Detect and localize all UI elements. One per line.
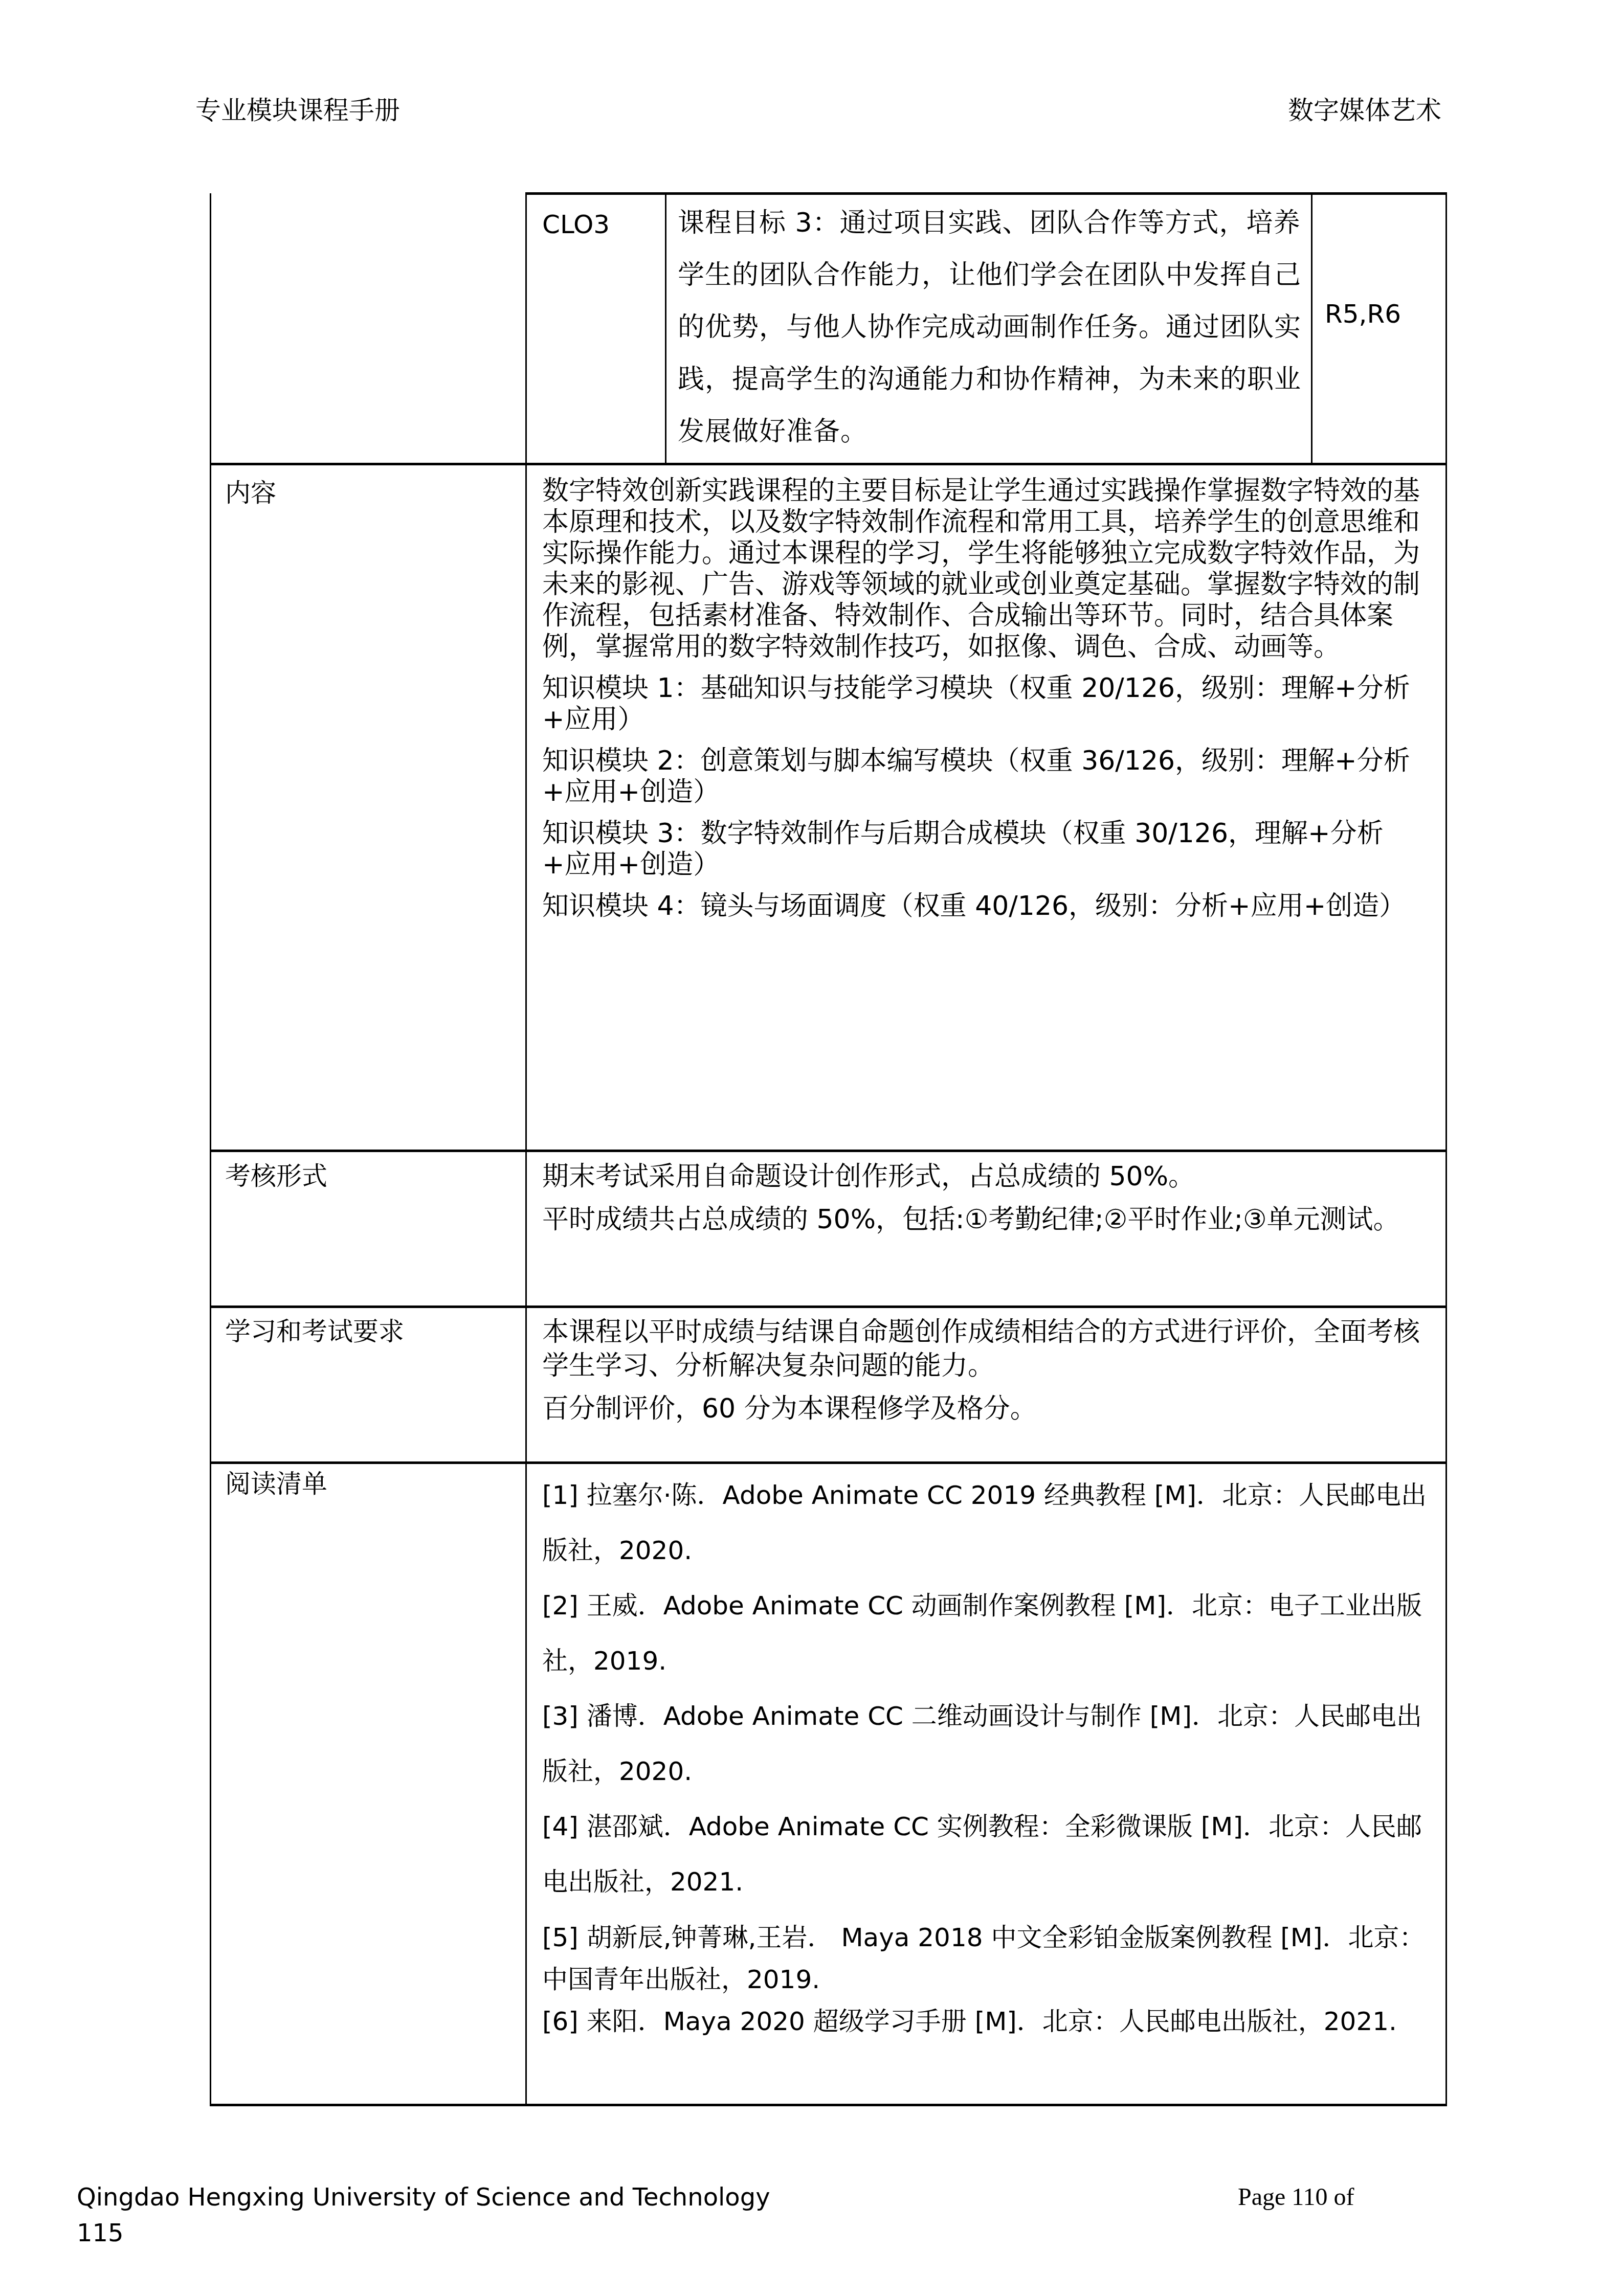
footer-page-number: Page 110 of [1238, 2179, 1354, 2215]
knowledge-module-1: 知识模块 1：基础知识与技能学习模块（权重 20/126，级别：理解+分析+应用… [542, 673, 1432, 735]
assessment-body: 期末考试采用自命题设计创作形式，占总成绩的 50%。 平时成绩共占总成绩的 50… [542, 1160, 1432, 1236]
reading-list: [1] 拉塞尔·陈．Adobe Animate CC 2019 经典教程 [M]… [542, 1468, 1440, 2042]
clo-description: 课程目标 3：通过项目实践、团队合作等方式，培养学生的团队合作能力，让他们学会在… [678, 197, 1307, 458]
reference-item: [6] 来阳．Maya 2020 超级学习手册 [M]．北京：人民邮电出版社，2… [542, 2000, 1440, 2042]
footer-institution-name: Qingdao Hengxing University of Science a… [77, 2183, 770, 2212]
reference-item: [5] 胡新辰,钟菁琳,王岩． Maya 2018 中文全彩铂金版案例教程 [M… [542, 1917, 1440, 2000]
assessment-final-exam: 期末考试采用自命题设计创作形式，占总成绩的 50%。 [542, 1160, 1432, 1194]
reference-item: [3] 潘博．Adobe Animate CC 二维动画设计与制作 [M]．北京… [542, 1689, 1440, 1799]
running-header-program: 数字媒体艺术 [1288, 95, 1441, 126]
clo-subtable-top-border [525, 192, 1447, 195]
content-body: 数字特效创新实践课程的主要目标是让学生通过实践操作掌握数字特效的基本原理和技术，… [542, 476, 1432, 922]
clo-mapping: R5,R6 [1325, 299, 1401, 329]
knowledge-module-2: 知识模块 2：创意策划与脚本编写模块（权重 36/126，级别：理解+分析+应用… [542, 746, 1432, 808]
requirements-passing-score: 百分制评价，60 分为本课程修学及格分。 [542, 1392, 1432, 1426]
row-label-reading: 阅读清单 [225, 1468, 327, 1500]
requirements-body: 本课程以平时成绩与结课自命题创作成绩相结合的方式进行评价，全面考核学生学习、分析… [542, 1315, 1432, 1426]
row-separator-assessment [210, 1150, 1447, 1152]
clo-code: CLO3 [542, 210, 610, 239]
footer-page-total: 115 [77, 2215, 124, 2251]
clo-map-divider [1311, 193, 1312, 464]
knowledge-module-3: 知识模块 3：数字特效制作与后期合成模块（权重 30/126，理解+分析+应用+… [542, 818, 1432, 881]
clo-code-divider [665, 193, 666, 464]
reference-item: [4] 湛邵斌．Adobe Animate CC 实例教程：全彩微课版 [M]．… [542, 1799, 1440, 1909]
table-border-bottom [210, 2104, 1447, 2106]
knowledge-module-4: 知识模块 4：镜头与场面调度（权重 40/126，级别：分析+应用+创造） [542, 891, 1432, 922]
assessment-regular-grade: 平时成绩共占总成绩的 50%，包括:①考勤纪律;②平时作业;③单元测试。 [542, 1203, 1432, 1236]
running-header-title: 专业模块课程手册 [195, 95, 400, 126]
row-separator-requirements [210, 1305, 1447, 1308]
row-separator-reading [210, 1461, 1447, 1464]
row-separator-content [210, 463, 1447, 465]
footer-institution: Qingdao Hengxing University of Science a… [77, 2179, 844, 2215]
row-label-assessment: 考核形式 [225, 1160, 327, 1192]
reference-item: [2] 王威．Adobe Animate CC 动画制作案例教程 [M]．北京：… [542, 1578, 1440, 1689]
requirements-evaluation: 本课程以平时成绩与结课自命题创作成绩相结合的方式进行评价，全面考核学生学习、分析… [542, 1315, 1432, 1383]
content-summary: 数字特效创新实践课程的主要目标是让学生通过实践操作掌握数字特效的基本原理和技术，… [542, 476, 1432, 663]
reference-item: [1] 拉塞尔·陈．Adobe Animate CC 2019 经典教程 [M]… [542, 1468, 1440, 1578]
row-label-content: 内容 [225, 477, 276, 509]
row-label-requirements: 学习和考试要求 [225, 1315, 404, 1348]
